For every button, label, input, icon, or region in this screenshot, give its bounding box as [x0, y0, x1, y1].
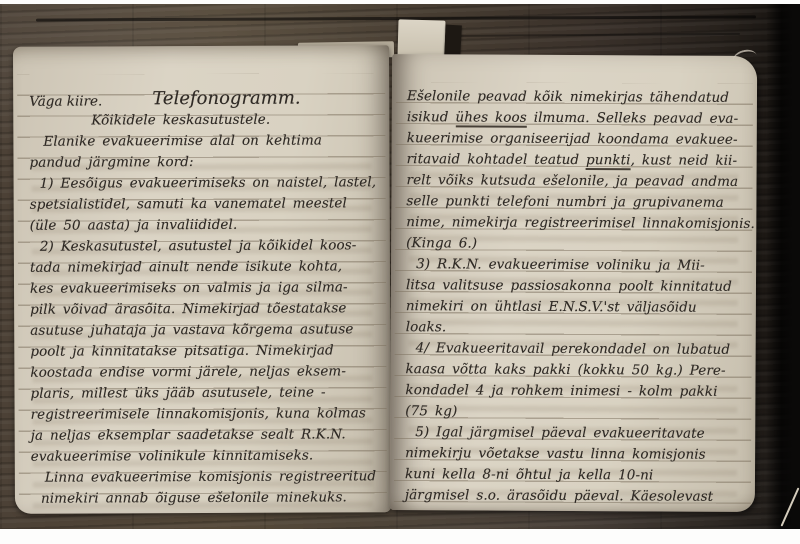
handwritten-line: (Kinga 6.) [406, 233, 751, 256]
handwritten-line: ritavaid kohtadel teatud punkti, kust ne… [407, 149, 752, 172]
handwritten-line: loaks. [406, 317, 751, 340]
handwritten-line: tada nimekirjad ainult nende isikute koh… [30, 256, 384, 279]
handwritten-line: nimekirju võetakse vastu linna komisjoni… [405, 443, 750, 466]
handwritten-line: järgmisel s.o. ärasõidu päeval. Käesolev… [405, 485, 750, 508]
urgency-note: Väga kiire. [29, 92, 102, 110]
handwritten-line: (75 kg) [405, 401, 750, 424]
handwritten-line: kes evakueerimiseks on valmis ja iga sil… [30, 277, 384, 300]
handwritten-line: koostada endise vormi järele, neljas eks… [30, 361, 384, 384]
handwritten-line: Ešelonile peavad kõik nimekirjas tähenda… [407, 86, 752, 109]
handwritten-line: pandud järgmine kord: [29, 151, 383, 174]
handwritten-line: Elanike evakueerimise alal on kehtima [29, 130, 383, 153]
handwritten-line: nimekiri on ühtlasi E.N.S.V.'st väljasõi… [406, 296, 751, 319]
handwritten-line: spetsialistidel, samuti ka vanematel mee… [30, 193, 384, 216]
wood-groove-line [36, 15, 756, 21]
handwritten-line: (üle 50 aasta) ja invaliididel. [30, 214, 384, 237]
left-page: Väga kiire. Telefonogramm. Kõikidele kes… [13, 45, 391, 514]
handwritten-line: nime, nimekirja registreerimisel linnako… [406, 212, 751, 235]
handwritten-line: relt võiks kutsuda ešelonile, ja peavad … [406, 170, 751, 193]
handwritten-line: evakueerimise volinikule kinnitamiseks. [31, 445, 385, 468]
handwritten-line: kondadel 4 ja rohkem inimesi - kolm pakk… [405, 380, 750, 403]
handwritten-line: ja neljas eksemplar saadetakse sealt R.K… [31, 424, 385, 447]
handwritten-line: Linna evakueerimise komisjonis registree… [31, 466, 385, 489]
left-page-lines: Kõikidele keskasutustele.Elanike evakuee… [29, 109, 385, 510]
document-header: Väga kiire. Telefonogramm. [29, 79, 383, 111]
wood-groove-line [430, 33, 740, 37]
handwritten-line: selle punkti telefoni numbri ja grupivan… [406, 191, 751, 214]
handwritten-line: litsa valitsuse passiosakonna poolt kinn… [406, 275, 751, 298]
handwritten-line: plaris, millest üks jääb asutusele, tein… [30, 382, 384, 405]
right-page-text: Ešelonile peavad kõik nimekirjas tähenda… [405, 86, 752, 508]
handwritten-line: asutuse juhataja ja vastava kõrgema asut… [30, 319, 384, 342]
document-title: Telefonogramm. [152, 88, 300, 111]
notebook-photo: Väga kiire. Telefonogramm. Kõikidele kes… [0, 0, 800, 544]
handwritten-line: poolt ja kinnitatakse pitsatiga. Nimekir… [30, 340, 384, 363]
photo-border-bottom [0, 529, 800, 544]
notebook-dark-tab [444, 25, 462, 59]
handwritten-line: registreerimisele linnakomisjonis, kuna … [31, 403, 385, 426]
handwritten-line: kuni kella 8-ni õhtul ja kella 10-ni [405, 464, 750, 487]
handwritten-line: 3) R.K.N. evakueerimise voliniku ja Mii- [406, 254, 751, 277]
handwritten-line: pilk võivad ärasõita. Nimekirjad tõestat… [30, 298, 384, 321]
left-page-text: Väga kiire. Telefonogramm. Kõikidele kes… [29, 79, 385, 510]
right-page: Ešelonile peavad kõik nimekirjas tähenda… [390, 54, 757, 512]
handwritten-line: isikud ühes koos ilmuma. Selleks peavad … [407, 107, 752, 130]
handwritten-line: 5) Igal järgmisel päeval evakueeritavate [405, 422, 750, 445]
handwritten-line: Kõikidele keskasutustele. [29, 109, 383, 132]
handwritten-line: 1) Eesõigus evakueerimiseks on naistel, … [30, 172, 384, 195]
dark-wooden-post [766, 0, 800, 544]
handwritten-line: nimekiri annab õiguse ešelonile minekuks… [31, 487, 385, 510]
photo-border-top [0, 0, 800, 4]
handwritten-line: kueerimise organiseerijad koondama evaku… [407, 128, 752, 151]
notebook-paper-tab [397, 19, 445, 58]
handwritten-line: kaasa võtta kaks pakki (kokku 50 kg.) Pe… [405, 359, 750, 382]
handwritten-line: 4/ Evakueeritavail perekondadel on lubat… [406, 338, 751, 361]
handwritten-line: 2) Keskasutustel, asutustel ja kõikidel … [30, 235, 384, 258]
